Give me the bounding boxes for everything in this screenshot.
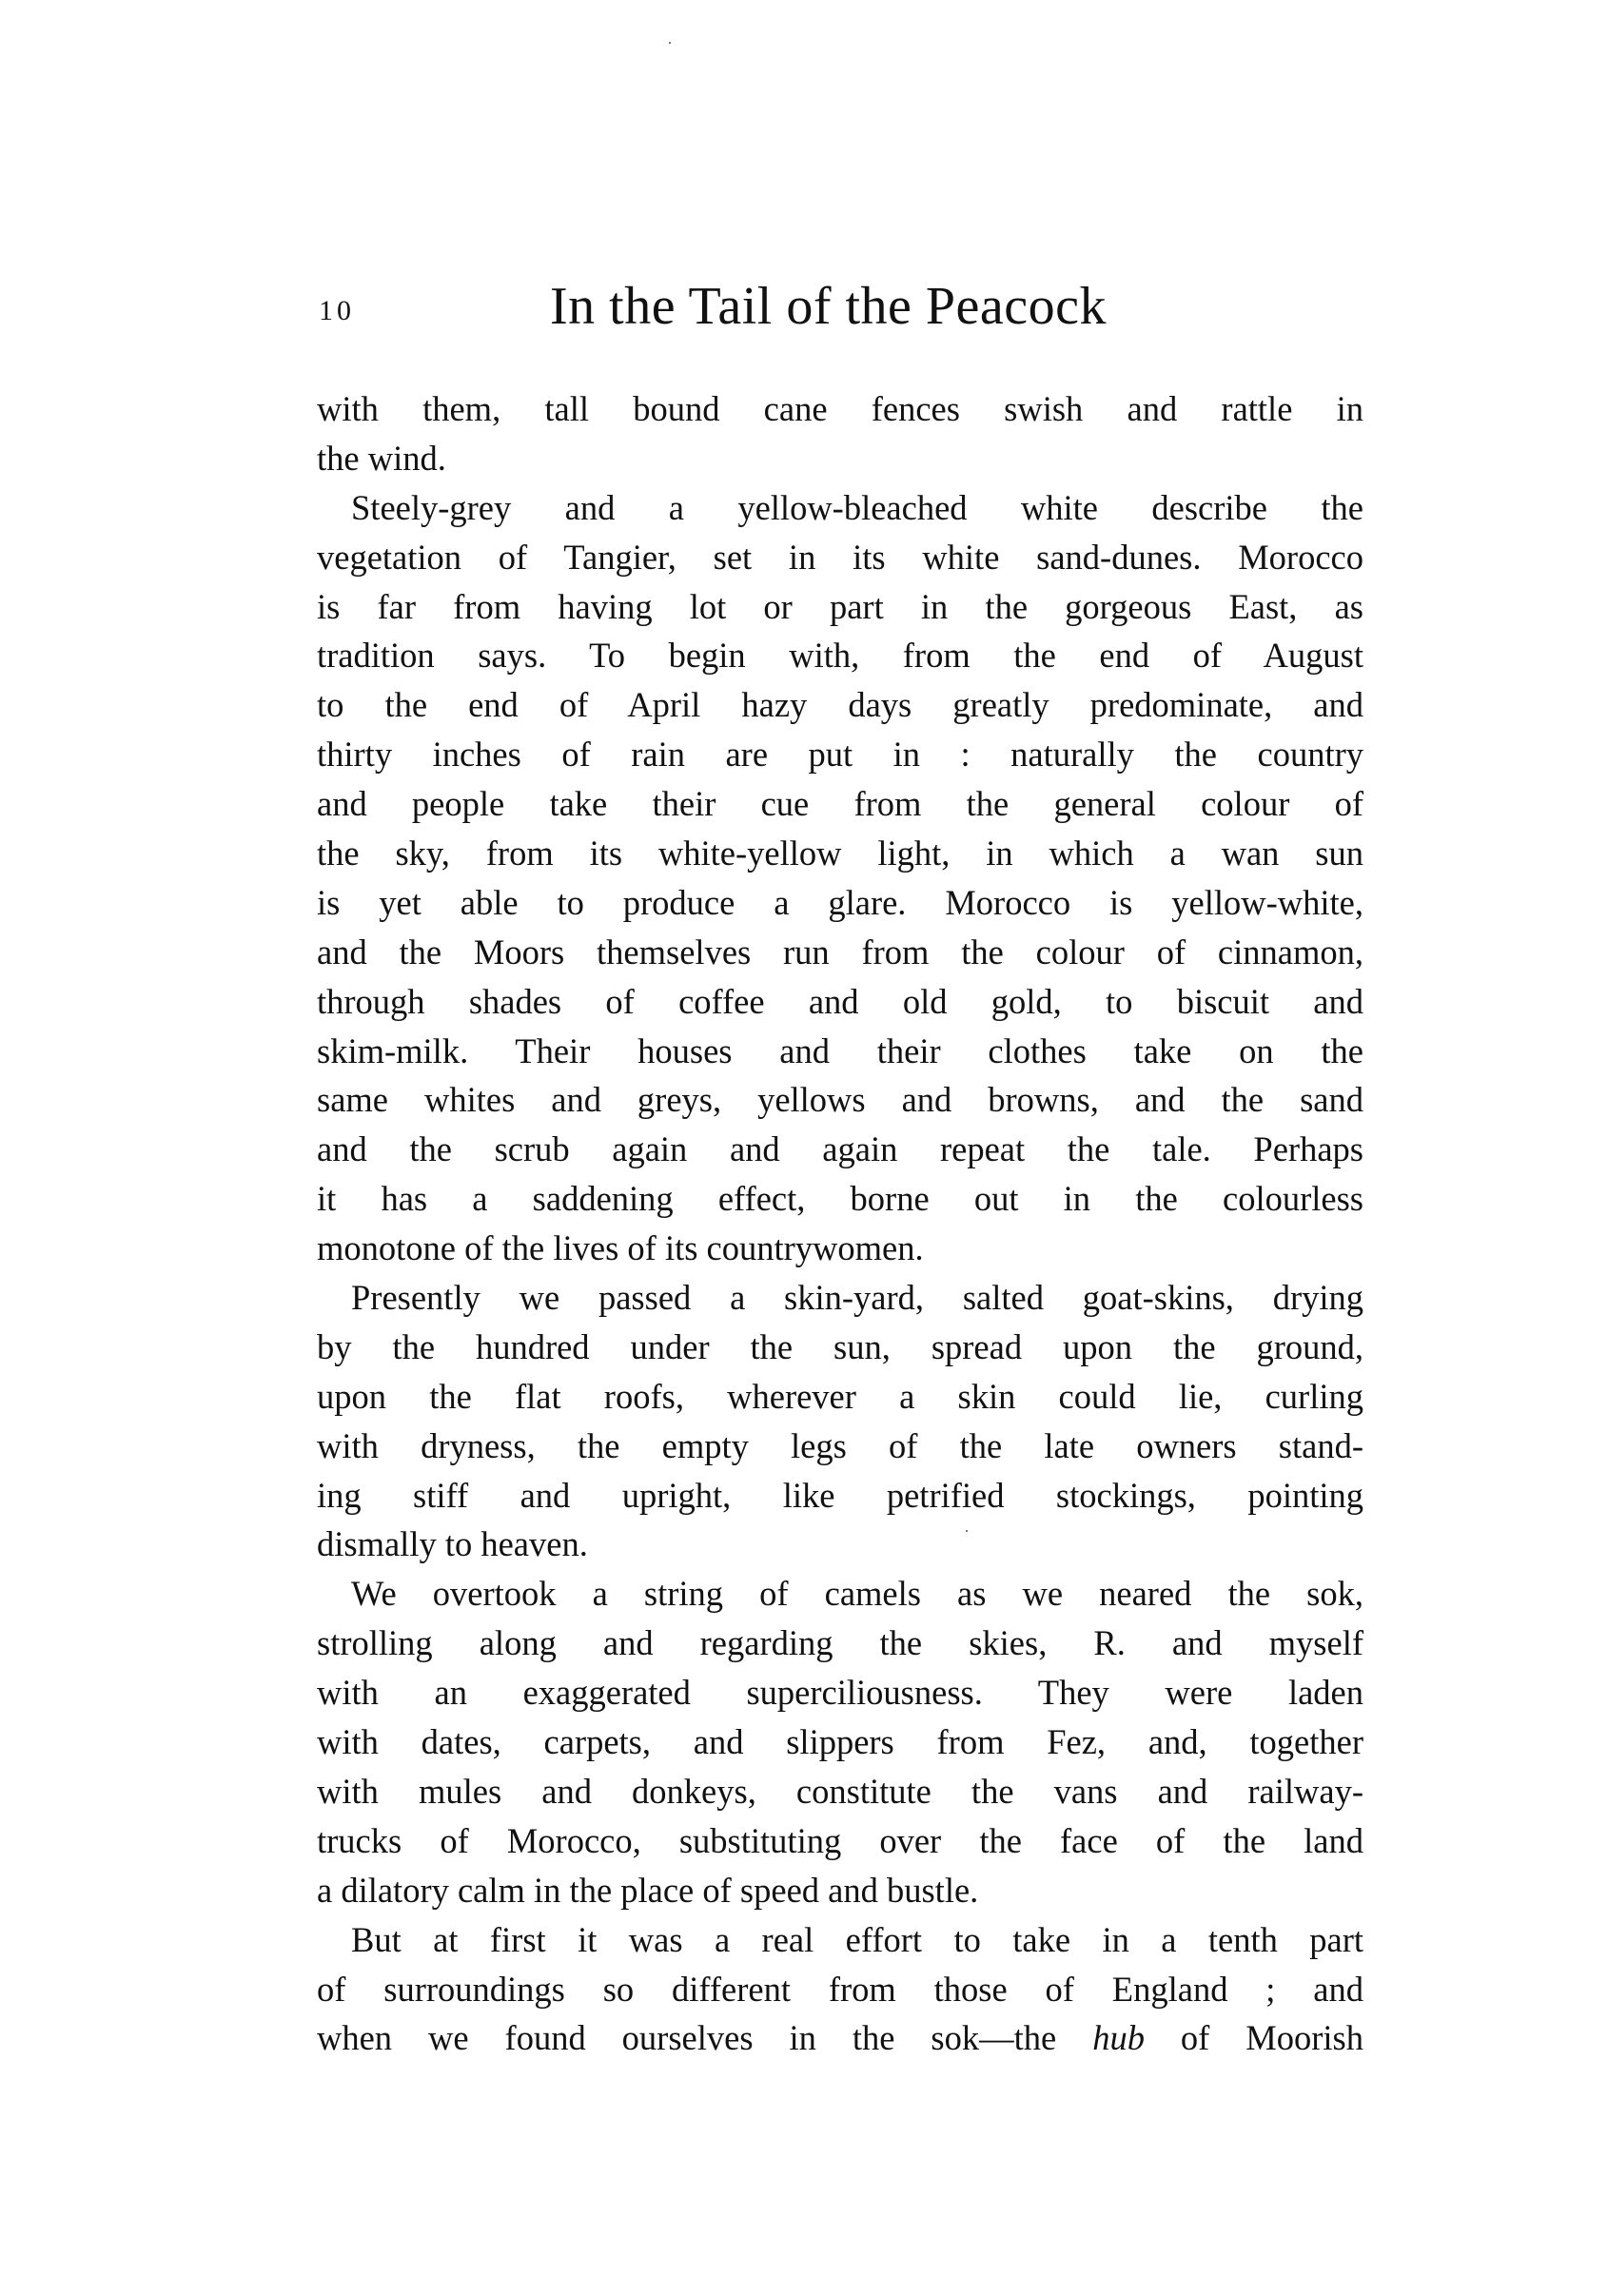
text-line: the sky, from its white-yellow light, in… (317, 829, 1363, 878)
paragraph-start-line: Presently we passed a skin-yard, salted … (317, 1273, 1363, 1323)
text-line: and the Moors themselves run from the co… (317, 928, 1363, 977)
final-line-before: when we found ourselves in the sok—the (317, 2018, 1092, 2057)
text-line: ing stiff and upright, like petrified st… (317, 1471, 1363, 1521)
text-line: strolling along and regarding the skies,… (317, 1619, 1363, 1668)
text-line: with dryness, the empty legs of the late… (317, 1422, 1363, 1471)
text-line: through shades of coffee and old gold, t… (317, 977, 1363, 1027)
text-line: of surroundings so different from those … (317, 1965, 1363, 2014)
text-line: same whites and greys, yellows and brown… (317, 1075, 1363, 1125)
text-line: skim-milk. Their houses and their clothe… (317, 1027, 1363, 1076)
text-line: is yet able to produce a glare. Morocco … (317, 878, 1363, 928)
print-speck (669, 42, 671, 44)
text-line: trucks of Morocco, substituting over the… (317, 1816, 1363, 1866)
book-title: In the Tail of the Peacock (550, 280, 1107, 333)
text-line: with them, tall bound cane fences swish … (317, 384, 1363, 434)
text-line: by the hundred under the sun, spread upo… (317, 1323, 1363, 1372)
text-line: and the scrub again and again repeat the… (317, 1125, 1363, 1174)
text-line: to the end of April hazy days greatly pr… (317, 680, 1363, 730)
paragraph-start-line: We overtook a string of camels as we nea… (317, 1569, 1363, 1619)
page-number: 10 (319, 297, 355, 325)
paragraph-start-line: But at first it was a real effort to tak… (317, 1915, 1363, 1965)
text-line: vegetation of Tangier, set in its white … (317, 533, 1363, 582)
text-line: is far from having lot or part in the go… (317, 582, 1363, 632)
paragraph-start-line: Steely-grey and a yellow-bleached white … (317, 483, 1363, 533)
text-line: thirty inches of rain are put in : natur… (317, 730, 1363, 779)
text-line-final: when we found ourselves in the sok—the h… (317, 2013, 1363, 2063)
final-line-after: of Moorish (1145, 2018, 1363, 2057)
text-line: dismally to heaven. (317, 1520, 1363, 1569)
body-text: with them, tall bound cane fences swish … (317, 384, 1363, 2063)
text-line: monotone of the lives of its countrywome… (317, 1224, 1363, 1273)
text-line: with an exaggerated superciliousness. Th… (317, 1668, 1363, 1717)
italic-word-hub: hub (1092, 2018, 1145, 2057)
running-head: 10 In the Tail of the Peacock (317, 268, 1363, 344)
text-line: a dilatory calm in the place of speed an… (317, 1866, 1363, 1915)
text-line: tradition says. To begin with, from the … (317, 631, 1363, 680)
text-line: it has a saddening effect, borne out in … (317, 1174, 1363, 1224)
text-line: with mules and donkeys, constitute the v… (317, 1767, 1363, 1816)
text-line: the wind. (317, 434, 1363, 483)
book-page: 10 In the Tail of the Peacock with them,… (0, 0, 1608, 2296)
text-line: and people take their cue from the gener… (317, 779, 1363, 829)
text-line: upon the flat roofs, wherever a skin cou… (317, 1372, 1363, 1422)
text-line: with dates, carpets, and slippers from F… (317, 1717, 1363, 1767)
